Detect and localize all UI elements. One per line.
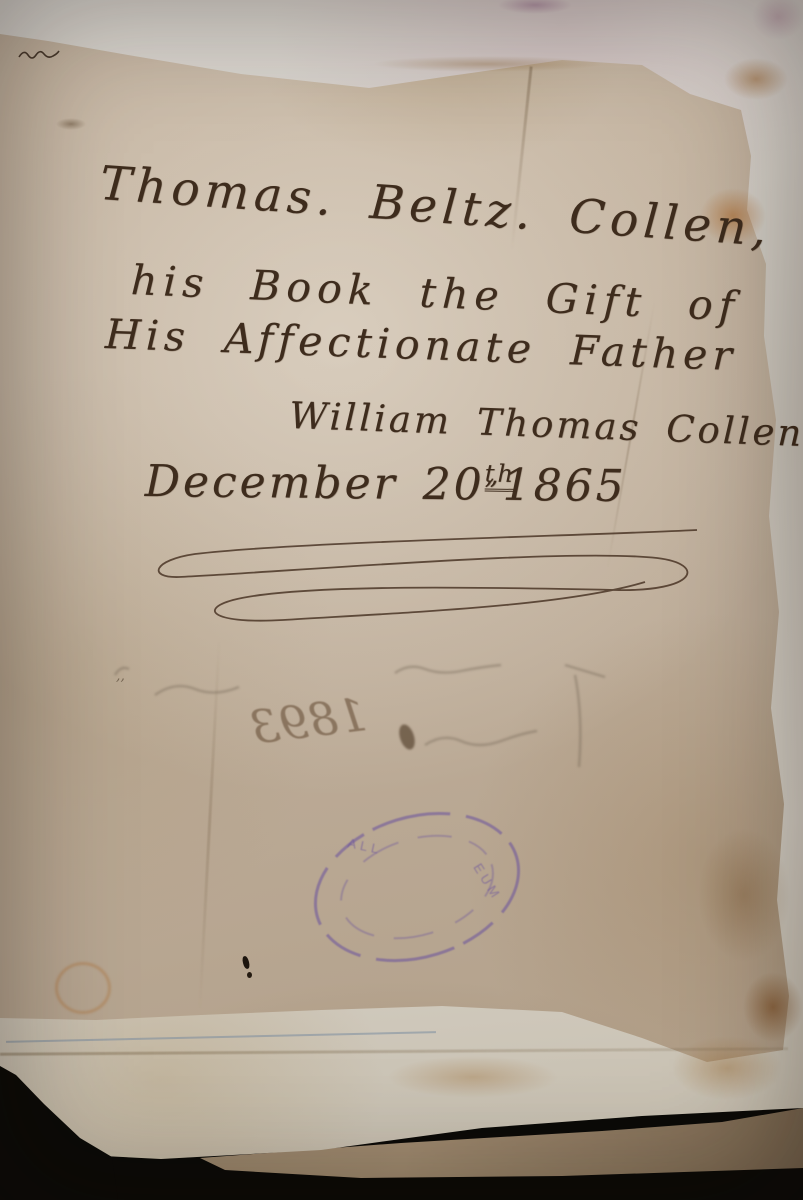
stamp-text-fragment-left: ALL: [346, 835, 383, 857]
stamp-text-fragment-right: EUM: [470, 861, 504, 904]
library-stamp: ALL EUM: [295, 795, 545, 990]
faint-script-offset: [95, 635, 635, 785]
ink-speck: [247, 972, 252, 978]
ink-scribble: [16, 44, 62, 64]
photograph-of-book-flyleaf: Thomas. Beltz. Collen, his Book the Gift…: [0, 0, 803, 1200]
pen-flourish: [145, 520, 710, 635]
